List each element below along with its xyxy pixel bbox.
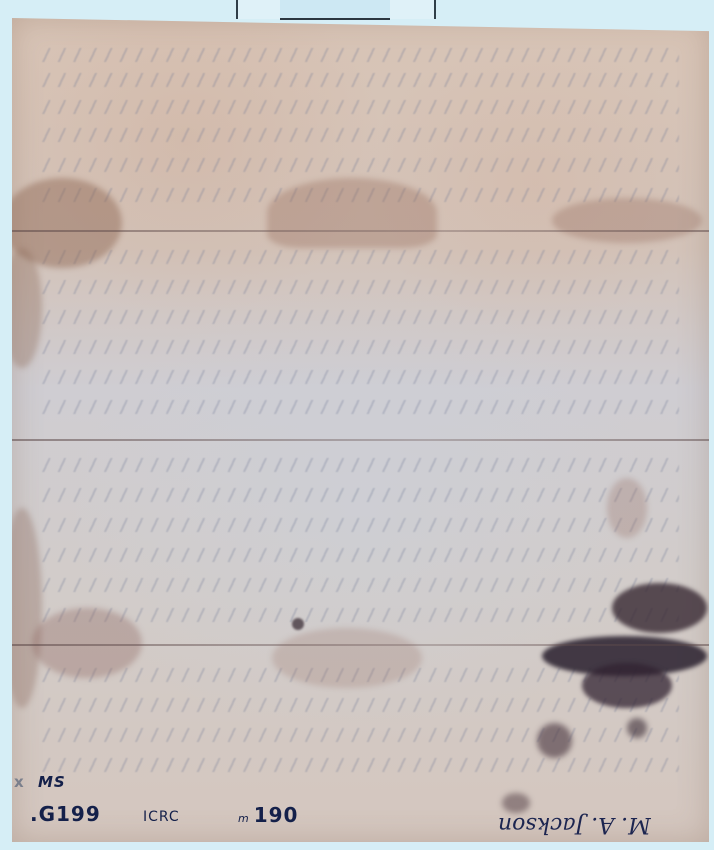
item-number-value: 190 <box>254 803 299 827</box>
bleed-through-line <box>42 73 679 87</box>
ink-blot <box>627 718 647 738</box>
water-stain <box>607 478 647 538</box>
bleed-through-line <box>42 310 679 324</box>
bleed-through-line <box>42 548 679 562</box>
ink-blot <box>502 793 530 813</box>
bleed-through-line <box>42 518 679 532</box>
manuscript-page <box>12 18 709 842</box>
fold-line <box>12 230 709 232</box>
signature: M. A. Jackson <box>498 812 651 837</box>
ink-blot <box>582 663 672 708</box>
collection-label: MS <box>38 773 66 791</box>
bleed-through-line <box>42 458 679 472</box>
bleed-through-line <box>42 128 679 142</box>
bleed-through-line <box>42 280 679 294</box>
bleed-through-line <box>42 758 679 772</box>
bleed-through-line <box>42 370 679 384</box>
bleed-through-line <box>42 728 679 742</box>
scanner-tab-inner <box>280 0 390 20</box>
item-prefix: m <box>238 812 250 825</box>
crossed-mark: x <box>14 773 25 791</box>
ink-blot <box>612 583 707 633</box>
fold-line <box>12 644 709 646</box>
item-number: m190 <box>238 803 298 827</box>
bleed-through-line <box>42 250 679 264</box>
water-stain <box>267 178 437 248</box>
institution-code: ICRC <box>143 809 180 825</box>
bleed-through-line <box>42 158 679 172</box>
ink-dot <box>292 618 304 630</box>
water-stain <box>2 248 42 368</box>
bleed-through-line <box>42 48 679 62</box>
bleed-through-line <box>42 608 679 622</box>
call-number: .G199 <box>30 802 101 826</box>
fold-line <box>12 439 709 441</box>
bleed-through-line <box>42 100 679 114</box>
water-stain <box>552 198 702 243</box>
water-stain <box>272 628 422 688</box>
bleed-through-line <box>42 578 679 592</box>
ink-blot <box>537 723 572 758</box>
bleed-through-line <box>42 400 679 414</box>
bleed-through-line <box>42 340 679 354</box>
water-stain <box>2 508 42 708</box>
water-stain <box>32 608 142 678</box>
bleed-through-line <box>42 698 679 712</box>
bleed-through-line <box>42 488 679 502</box>
